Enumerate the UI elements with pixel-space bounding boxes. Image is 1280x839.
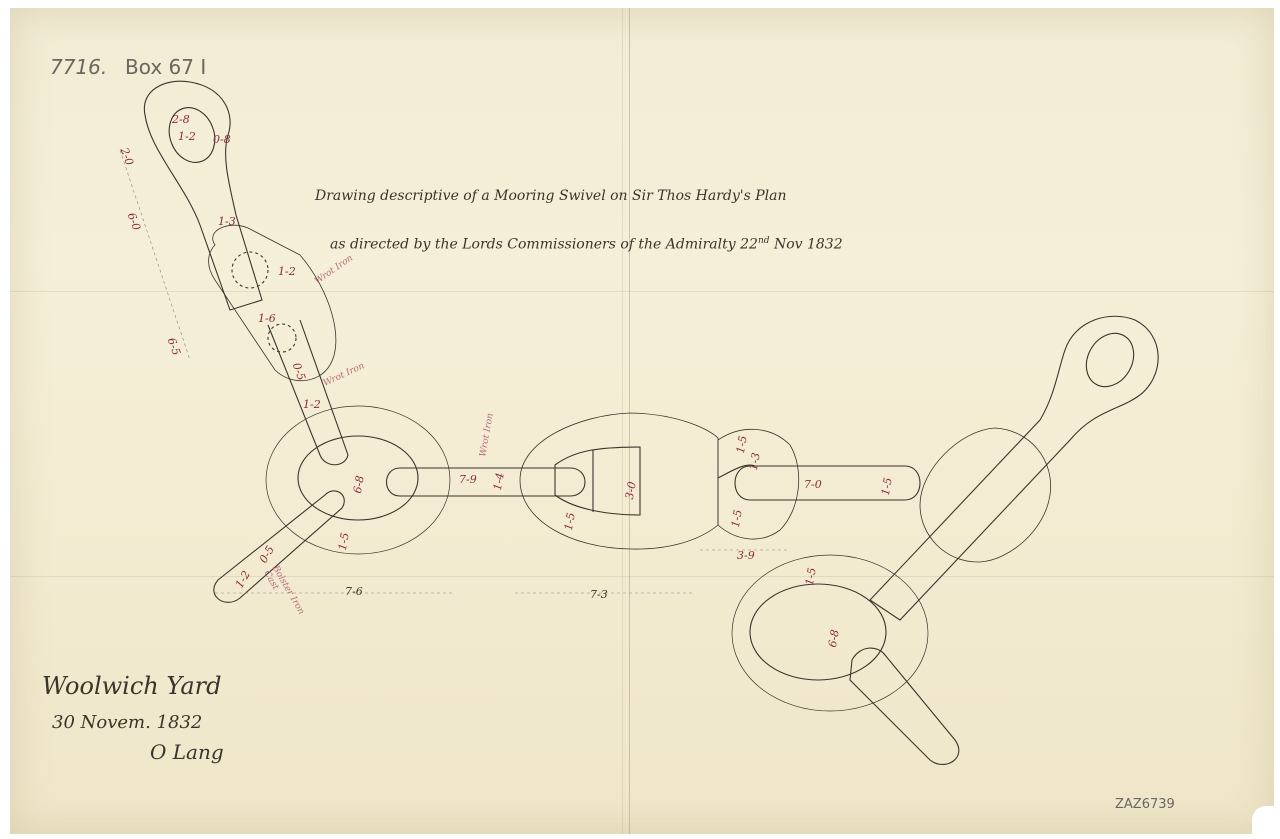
dim-line-left-side <box>120 150 190 360</box>
lower-ring-inner <box>750 584 886 680</box>
title-line-1: Drawing descriptive of a Mooring Swivel … <box>315 188 787 204</box>
reference-number: ZAZ6739 <box>1115 797 1175 812</box>
signature-name: O Lang <box>150 740 224 764</box>
dim-left-ring-width: 7-6 <box>345 585 363 598</box>
dim-upper-link-pin: 1-2 <box>278 265 296 278</box>
dim-center-bar-left: 7-9 <box>459 473 477 486</box>
signature-date: 30 Novem. 1832 <box>52 712 202 733</box>
dim-swivel-width: 3-9 <box>737 549 755 562</box>
signature-place: Woolwich Yard <box>42 672 221 700</box>
shackle-outer <box>520 413 718 549</box>
upper-pin-dashed <box>232 252 268 288</box>
dim-upper-link-mid: 1-6 <box>258 312 276 325</box>
right-eye-hole <box>1077 325 1143 395</box>
box-label: Box 67 I <box>125 55 206 79</box>
dim-top-eye-outer: 2-8 <box>172 113 190 126</box>
dim-upper-link-bottom: 1-2 <box>303 398 321 411</box>
dim-top-eye-side: 0-8 <box>213 133 231 146</box>
dim-top-eye-inner: 1-2 <box>178 130 196 143</box>
dim-upper-shank: 1-3 <box>218 215 236 228</box>
dim-shackle-width: 7-3 <box>590 588 608 601</box>
dim-right-bar-mid: 7-0 <box>804 478 822 491</box>
title-line-2-suffix: Nov 1832 <box>774 237 843 253</box>
title-line-2-prefix: as directed by the Lords Commissioners o… <box>330 237 758 253</box>
title-line-2: as directed by the Lords Commissioners o… <box>330 236 843 253</box>
right-link <box>920 428 1051 562</box>
title-superscript: nd <box>758 236 770 246</box>
catalog-number: 7716. <box>50 55 107 79</box>
lower-pin-dashed <box>268 324 296 352</box>
